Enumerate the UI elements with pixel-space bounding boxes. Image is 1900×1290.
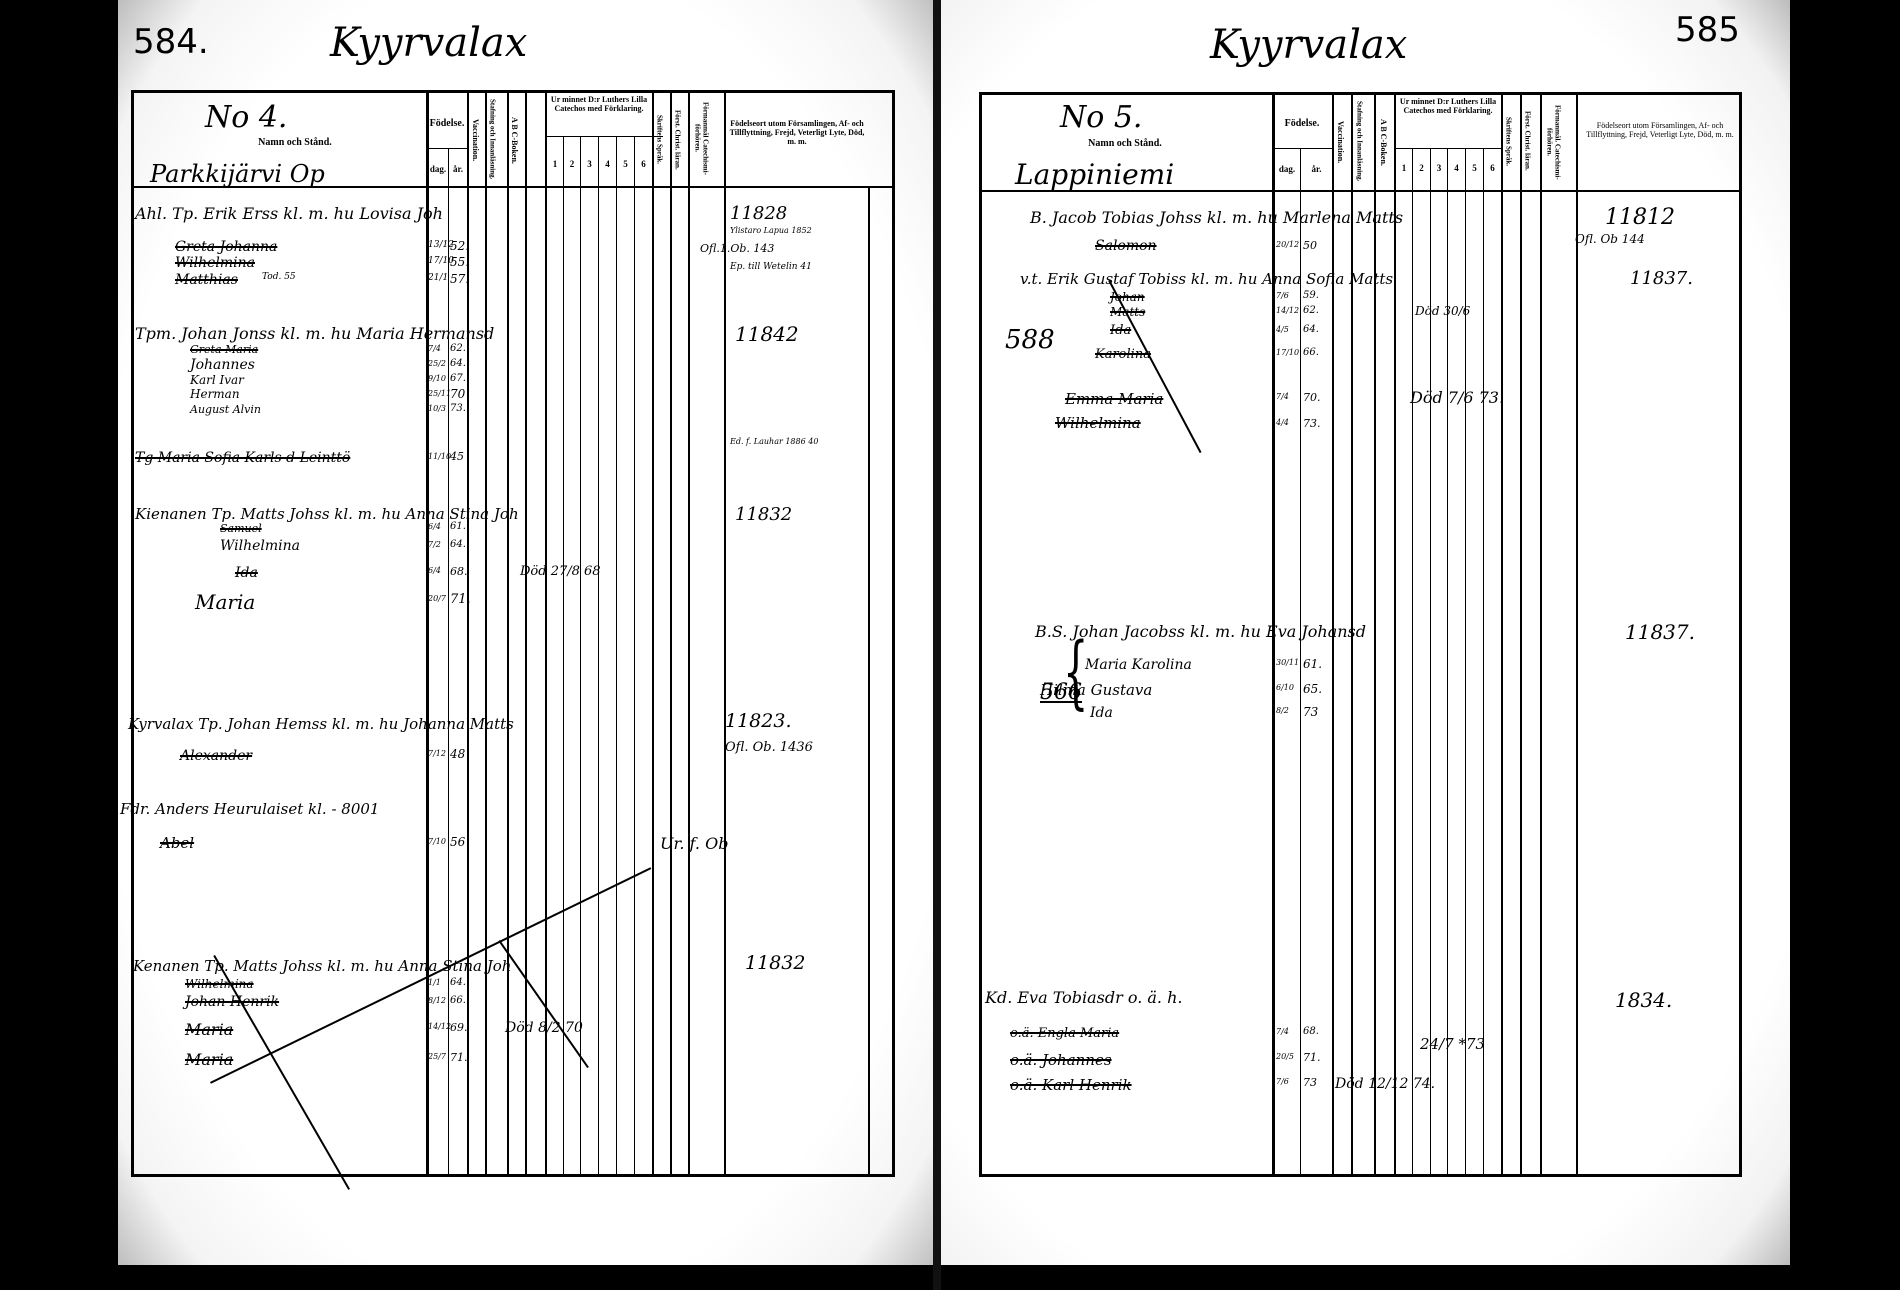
right-cat-col-6: 6 [1484,164,1501,174]
right-entry-3-child-1-day: 30/11 [1276,658,1299,667]
left-entry-5-child-1-year: 48 [450,747,465,761]
left-entry-5-remark: 11823. [725,710,791,732]
left-entry-2-child-5-year: 73. [450,403,466,414]
left-cat-col-6: 6 [635,160,652,170]
left-entry-2-child-4-day: 25/11 [428,389,451,398]
right-cat-col-1: 1 [1396,164,1412,174]
right-household-number: No 5. [1060,100,1142,135]
left-entry-1-child-1: Greta Johanna [175,239,277,255]
left-entry-7-child-3-year: 69. [450,1021,468,1034]
right-entry-2-child-4-year: 66. [1303,347,1319,358]
left-entry-4-child-2: Wilhelmina [220,538,300,554]
left-col-line [616,136,617,1177]
right-entry-4-child-3-note: Död 12/12 74. [1335,1076,1435,1092]
left-entry-2-child-2-year: 64. [450,358,466,369]
left-header-birth: Födelse. [428,118,466,129]
right-entry-1-remark: 11812 [1605,205,1675,230]
left-entry-4-child-4-day: 20/7 [428,594,446,603]
left-entry-1-remark2: Ylistaro Lapua 1852 [730,226,812,235]
left-birth-subheader-line [427,148,467,149]
right-entry-2-child-6: Wilhelmina [1055,414,1141,432]
right-entry-4-child-1-note: 24/7 *73 [1420,1035,1485,1053]
left-cat-col-1: 1 [547,160,563,170]
right-entry-1-child-1-day: 20/12 [1276,240,1299,249]
right-margin-ref-588: 588 [1005,325,1055,355]
left-entry-2-head: Tpm. Johan Jonss kl. m. hu Maria Hermans… [135,324,494,343]
left-entry-2-child-5: August Alvin [190,403,261,416]
left-header-year: år. [449,165,467,175]
right-entry-2-child-1-year: 59. [1303,290,1319,301]
right-col-line [1447,148,1448,1177]
right-header-catechism: Ur minnet D:r Luthers Lilla Catechos med… [1396,98,1500,116]
left-entry-3-head: Tg Maria Sofia Karls d Leinttö [135,450,350,466]
left-entry-3-remark: Ed. f. Lauhar 1886 40 [730,437,818,446]
left-entry-4-child-2-day: 7/2 [428,540,441,549]
left-entry-5-child-1: Alexander [180,748,252,764]
right-col-line [1394,92,1396,1177]
left-entry-7-child-4-day: 25/7 [428,1052,446,1061]
right-entry-4-child-3-year: 73 [1303,1076,1317,1089]
right-birth-subheader-line [1272,148,1332,149]
left-entry-2-child-1: Greta Maria [190,343,258,356]
left-entry-7-child-3-day: 14/12 [428,1022,451,1031]
right-col-line [1412,148,1413,1177]
right-entry-3-remark: 11837. [1625,620,1695,644]
left-entry-1-child-1-year: 52. [450,239,469,253]
right-header-birth: Födelse. [1274,118,1330,129]
left-cat-col-3: 3 [581,160,598,170]
right-page-number: 585 [1675,10,1740,50]
left-col-line [634,136,635,1177]
left-entry-4-remark: 11832 [735,504,792,525]
right-entry-1-remark2: Ofl. Ob 144 [1575,232,1645,246]
left-entry-1-child-3-day: 21/1 [428,273,448,283]
left-header-catechism: Ur minnet D:r Luthers Lilla Catechos med… [546,96,652,114]
right-cat-col-3: 3 [1431,164,1447,174]
left-village-name: Kyyrvalax [330,20,527,66]
left-cat-col-4: 4 [599,160,616,170]
right-entry-2-child-4-day: 17/10 [1276,348,1299,357]
right-header-day: dag. [1274,165,1300,175]
left-col-line [652,90,654,1177]
right-col-line [1465,148,1466,1177]
right-header-abc: A B C-Boken. [1378,100,1387,184]
left-entry-1-child-3: Matthias [175,272,238,288]
right-entry-3-child-2-year: 65. [1303,682,1322,696]
left-cat-col-2: 2 [564,160,580,170]
left-entry-7-child-2-day: 8/12 [428,996,446,1005]
right-entry-1-child-1: Salomon [1095,238,1157,254]
right-entry-2-child-1-day: 7/6 [1276,291,1289,300]
right-header-remarks: Födelseort utom Församlingen, Af- och Ti… [1580,122,1740,140]
right-col-line [1300,148,1301,1177]
left-entry-1-remark3: Ofl.1.Ob. 143 [700,242,774,255]
left-entry-1-head: Ahl. Tp. Erik Erss kl. m. hu Lovisa Joh [135,204,443,223]
left-entry-7-child-4-year: 71. [450,1051,468,1064]
right-header-christianity: Först. Christ. läran. [1523,98,1531,184]
left-entry-4-child-1-year: 61. [450,521,466,532]
left-entry-5-child-1-day: 7/12 [428,749,446,758]
right-entry-3-child-2: Hilma Gustava [1040,681,1152,699]
left-col-line [688,90,690,1177]
left-entry-4-child-2-year: 64. [450,539,466,550]
left-col-line [670,90,672,1177]
right-entry-4-child-3-day: 7/6 [1276,1077,1289,1086]
left-entry-6-child-1-year: 56 [450,835,465,849]
left-col-line [426,90,429,1177]
right-entry-2-child-3-day: 4/5 [1276,325,1289,334]
left-entry-7-child-1: Wilhelmina [185,977,254,991]
left-page-number: 584. [133,22,209,62]
left-entry-4-child-3-day: 6/4 [428,566,441,575]
left-entry-5-remark2: Ofl. Ob. 1436 [725,740,813,755]
left-col-line [545,90,547,1177]
right-cat-col-2: 2 [1413,164,1430,174]
right-entry-3-child-3-day: 8/2 [1276,706,1289,715]
left-entry-4-child-3-note: Död 27/8 68 [520,564,601,579]
left-col-line [598,136,599,1177]
left-header-communion: Förmanmål Catechismi-förhören. [693,94,708,182]
right-entry-4-head: Kd. Eva Tobiasdr o. ä. h. [985,988,1182,1007]
right-col-line [1483,148,1484,1177]
left-household-number: No 4. [205,100,287,135]
right-entry-2-child-6-day: 4/4 [1276,418,1289,427]
left-entry-6-head: Fdr. Anders Heurulaiset kl. - 8001 [120,800,379,818]
left-entry-2-child-3: Karl Ivar [190,373,244,387]
left-entry-2-child-4-year: 70 [450,387,465,401]
left-col-line [525,90,527,1177]
right-entry-2-child-2-year: 62. [1303,305,1319,316]
left-entry-3-day: 11/10 [428,452,451,461]
left-entry-7-child-2: Johan Henrik [185,994,279,1010]
left-header-scripture: Skriftens Språk. [655,100,663,180]
left-entry-7-child-1-day: 1/1 [428,978,441,987]
left-entry-2-child-2: Johannes [190,357,255,373]
right-entry-3-child-1: Maria Karolina [1085,657,1192,673]
left-entry-7-remark: 11832 [745,952,805,974]
right-entry-4-remark: 1834. [1615,988,1672,1012]
right-entry-2-child-3-year: 64. [1303,324,1319,335]
left-entry-4-child-4-year: 71. [450,592,471,607]
left-entry-7-child-3: Maria [185,1020,233,1039]
left-entry-2-child-3-year: 67. [450,373,466,384]
left-entry-2-remark: 11842 [735,322,799,346]
left-col-line [467,90,469,1177]
right-col-line [1430,148,1431,1177]
left-entry-1-remark: 11828 [730,203,787,224]
right-entry-4-child-2: o.ä. Johannes [1010,1051,1112,1069]
left-header-vaccination: Vaccination. [470,100,479,180]
right-col-line [1374,92,1376,1177]
left-entry-6-child-1: Abel [160,834,194,852]
left-entry-1-child-3-note: Tod. 55 [262,272,296,282]
left-col-line [868,186,870,1177]
right-header-name: Namn och Stånd. [1080,138,1170,149]
left-entry-2-child-2-day: 25/2 [428,359,446,368]
right-entry-2-child-2-day: 14/12 [1276,306,1299,315]
left-col-line [507,90,509,1177]
left-entry-2-child-4: Herman [190,387,240,401]
left-entry-2-child-5-day: 10/3 [428,404,446,413]
right-col-line [1540,92,1542,1177]
left-entry-7-head: Kenanen Tp. Matts Johss kl. m. hu Anna S… [133,957,511,975]
right-entry-2-child-5-year: 70. [1303,391,1321,404]
left-entry-6-remark: Ur. f. Ob [660,834,728,853]
right-entry-4-child-1: o.ä. Engla Maria [1010,1026,1119,1041]
right-village-name: Kyyrvalax [1210,22,1407,68]
left-header-abc: A B C-Boken. [509,100,518,180]
left-entry-1-child-2-year: 55. [450,255,469,269]
left-header-remarks: Födelseort utom Församlingen, Af- och Ti… [728,120,866,146]
left-entry-6-child-1-day: 7/10 [428,837,446,846]
right-col-line [1501,92,1503,1177]
brace-icon: { [1063,627,1088,719]
right-header-year: år. [1301,165,1332,175]
right-entry-4-child-2-year: 71. [1303,1051,1321,1064]
left-entry-2-child-1-day: 7/4 [428,344,441,353]
left-entry-7-child-1-year: 64. [450,977,466,988]
right-col-line [1520,92,1522,1177]
right-entry-2-child-5-day: 7/4 [1276,392,1289,401]
left-entry-4-child-1-day: 6/4 [428,522,441,531]
right-entry-3-child-3-year: 73 [1303,705,1318,719]
right-header-scripture: Skriftens Språk. [1504,100,1512,184]
right-farm-name: Lappiniemi [1015,158,1174,191]
right-entry-3-child-3: Ida [1090,705,1113,721]
left-entry-3-year: 45 [450,450,464,463]
left-entry-1-remark4: Ep. till Wetelin 41 [730,262,812,272]
right-entry-4-child-1-day: 7/4 [1276,1027,1289,1036]
right-entry-3-child-1-year: 61. [1303,657,1322,671]
right-entry-4-child-1-year: 68. [1303,1026,1319,1037]
left-entry-4-child-3: Ida [235,565,258,581]
left-header-reading: Stafning och Innanläsning. [488,96,496,182]
left-cat-col-5: 5 [617,160,634,170]
right-entry-2-child-4: Karolina [1095,347,1151,362]
right-entry-2-child-5: Emma Maria [1065,390,1163,408]
right-entry-3-child-2-day: 6/10 [1276,683,1294,692]
left-entry-7-child-3-note: Död 8/2 70 [505,1020,583,1036]
right-entry-2-child-5-note: Död 7/6 73. [1410,388,1504,407]
right-cat-col-4: 4 [1448,164,1465,174]
left-header-name: Namn och Stånd. [250,137,340,148]
left-entry-4-child-3-year: 68. [450,565,468,578]
book-gutter [933,0,941,1290]
right-header-communion: Förmanmål. Catechismi-förhören. [1545,96,1560,188]
right-entry-2-child-2-note: Död 30/6 [1415,304,1470,318]
right-col-line [1576,92,1578,1177]
right-header-vaccination: Vaccination. [1335,100,1344,184]
right-entry-2-remark: 11837. [1630,268,1693,289]
left-header-day: dag. [428,165,448,175]
left-entry-4-child-1: Samuel [220,522,262,535]
right-entry-2-child-3: Ida [1110,323,1131,338]
right-cat-col-5: 5 [1466,164,1483,174]
right-entry-2-head: v.t. Erik Gustaf Tobiss kl. m. hu Anna S… [1020,270,1393,288]
left-entry-1-child-2: Wilhelmina [175,255,255,271]
left-farm-name: Parkkijärvi Op [150,160,325,188]
left-entry-5-head: Kyrvalax Tp. Johan Hemss kl. m. hu Johan… [128,715,514,733]
left-entry-2-child-3-day: 9/10 [428,374,446,383]
left-entry-4-child-4: Maria [195,590,255,614]
left-entry-1-child-3-year: 57. [450,272,469,286]
right-entry-4-child-3: o.ä. Karl Henrik [1010,1076,1132,1094]
left-entry-7-child-4: Maria [185,1050,233,1069]
left-header-christianity: Först. Christ. läran. [673,100,681,180]
right-entry-4-child-2-day: 20/5 [1276,1052,1294,1061]
right-header-reading: Stafning och Innanläsning. [1355,96,1363,186]
left-col-line [485,90,487,1177]
left-entry-7-child-2-year: 66. [450,995,466,1006]
left-entry-2-child-1-year: 62. [450,343,466,354]
right-entry-1-head: B. Jacob Tobias Johss kl. m. hu Marlena … [1030,208,1403,227]
right-entry-2-child-6-year: 73. [1303,417,1321,430]
right-entry-1-child-1-year: 50 [1303,239,1317,252]
